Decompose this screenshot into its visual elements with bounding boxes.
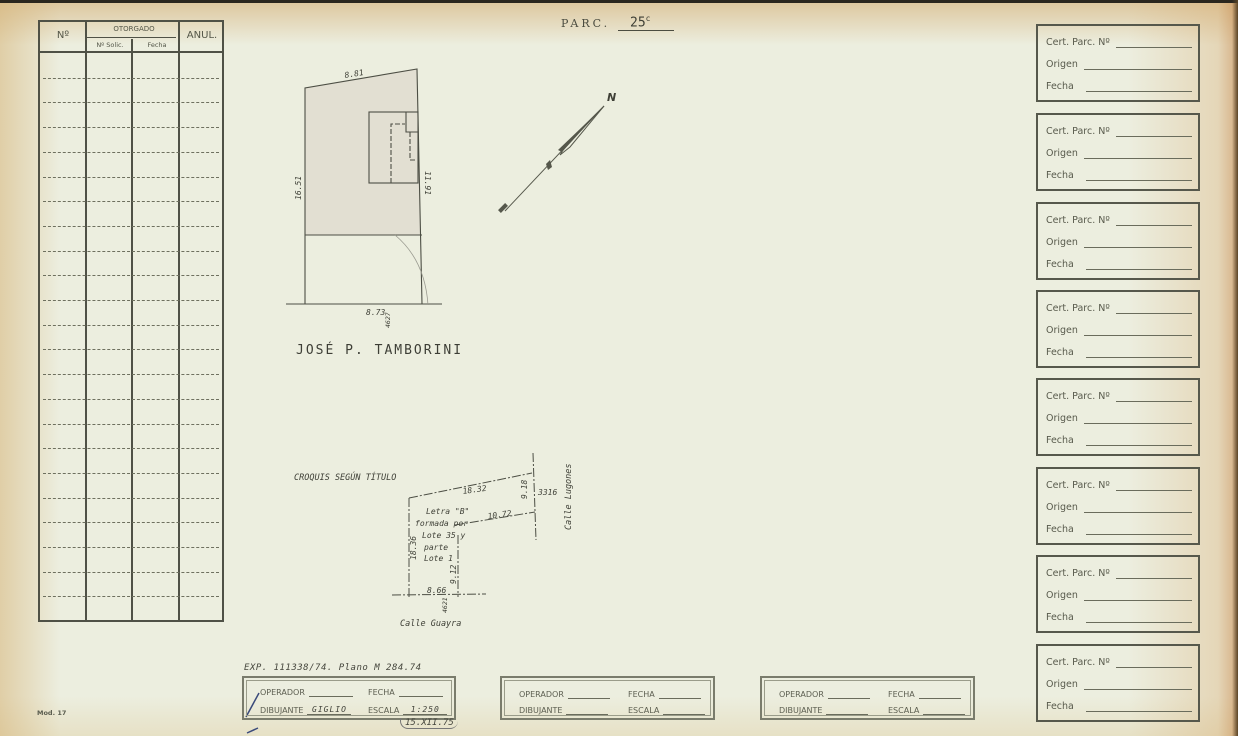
fecha-field[interactable] — [1086, 437, 1192, 446]
cert-number-field[interactable] — [1116, 659, 1192, 668]
lot-text-line: Lote 1 — [424, 554, 453, 563]
cert-label: Cert. Parc. Nº — [1046, 391, 1110, 402]
fecha-field[interactable] — [1086, 526, 1192, 535]
certificate-box: Cert. Parc. NºOrigenFecha — [1036, 378, 1200, 456]
dim-bottom-ref: 4627 — [384, 312, 392, 328]
origen-label: Origen — [1046, 413, 1078, 424]
dibujante-field[interactable]: GIGLIO — [307, 705, 351, 715]
cert-label: Cert. Parc. Nº — [1046, 657, 1110, 668]
operador-label: OPERADOR — [260, 688, 305, 697]
croquis-title: CROQUIS SEGÚN TÍTULO — [294, 471, 396, 483]
cert-number-field[interactable] — [1116, 217, 1192, 226]
origen-field[interactable] — [1084, 327, 1192, 336]
origen-field[interactable] — [1084, 504, 1192, 513]
cert-number-field[interactable] — [1116, 570, 1192, 579]
croquis-dim-left: 18.36 — [409, 536, 418, 560]
origen-field[interactable] — [1084, 415, 1192, 424]
operador-field[interactable] — [828, 691, 870, 699]
escala-label: ESCALA — [368, 706, 399, 715]
signature-box-2: OPERADOR FECHA DIBUJANTE ESCALA — [500, 676, 715, 720]
fecha-label: Fecha — [1046, 347, 1074, 358]
cert-label: Cert. Parc. Nº — [1046, 480, 1110, 491]
escala-label: ESCALA — [628, 706, 659, 715]
cert-number-field[interactable] — [1116, 128, 1192, 137]
origen-label: Origen — [1046, 148, 1078, 159]
owner-name: JOSÉ P. TAMBORINI — [296, 343, 463, 358]
cert-number-field[interactable] — [1116, 305, 1192, 314]
fecha-label: Fecha — [1046, 524, 1074, 535]
croquis-dim-right-ref: 3316 — [537, 488, 557, 497]
croquis-dim-bottom-ref: 4621 — [441, 597, 449, 613]
date-stamp: 15.XII.75 — [400, 718, 458, 729]
fecha-field[interactable] — [659, 691, 701, 699]
fecha-label: Fecha — [1046, 701, 1074, 712]
cert-label: Cert. Parc. Nº — [1046, 126, 1110, 137]
cert-label: Cert. Parc. Nº — [1046, 568, 1110, 579]
croquis-dim-right: 9.18 — [520, 480, 529, 499]
cert-label: Cert. Parc. Nº — [1046, 303, 1110, 314]
lot-text-line: Lote 35 y — [422, 531, 466, 540]
escala-field[interactable]: 1:250 — [403, 705, 447, 715]
lot-plan — [286, 69, 442, 305]
dibujante-label: DIBUJANTE — [260, 706, 303, 715]
escala-field[interactable] — [923, 707, 965, 715]
fecha-label: Fecha — [1046, 259, 1074, 270]
operador-field[interactable] — [309, 689, 353, 697]
cert-number-field[interactable] — [1116, 393, 1192, 402]
origen-label: Origen — [1046, 590, 1078, 601]
signature-box-1: OPERADOR FECHA DIBUJANTEGIGLIO ESCALA1:2… — [242, 676, 456, 720]
dim-right-inner: 11.91 — [423, 171, 432, 195]
certificate-box: Cert. Parc. NºOrigenFecha — [1036, 555, 1200, 633]
dim-bottom: 8.73 — [366, 308, 385, 317]
fecha-field[interactable] — [1086, 261, 1192, 270]
signature-box-3: OPERADOR FECHA DIBUJANTE ESCALA — [760, 676, 975, 720]
dibujante-field[interactable] — [826, 707, 868, 715]
origen-field[interactable] — [1084, 150, 1192, 159]
origen-label: Origen — [1046, 502, 1078, 513]
dibujante-label: DIBUJANTE — [519, 706, 562, 715]
lot-text-line: parte — [423, 543, 448, 552]
cert-label: Cert. Parc. Nº — [1046, 215, 1110, 226]
model-label: Mod. 17 — [37, 709, 66, 717]
certificate-box: Cert. Parc. NºOrigenFecha — [1036, 113, 1200, 191]
operador-label: OPERADOR — [779, 690, 824, 699]
origen-label: Origen — [1046, 679, 1078, 690]
fecha-label: Fecha — [1046, 612, 1074, 623]
lot-text-line: Letra "B" — [426, 507, 469, 516]
croquis-dim-bottom: 8.66 — [427, 586, 446, 595]
fecha-field[interactable] — [1086, 83, 1192, 92]
fecha-label: FECHA — [368, 688, 395, 697]
dibujante-label: DIBUJANTE — [779, 706, 822, 715]
north-arrow-icon: N — [498, 91, 616, 213]
fecha-label: Fecha — [1046, 81, 1074, 92]
origen-label: Origen — [1046, 59, 1078, 70]
street-lugones: Calle Lugones — [564, 463, 574, 530]
fecha-field[interactable] — [1086, 172, 1192, 181]
operador-label: OPERADOR — [519, 690, 564, 699]
escala-field[interactable] — [663, 707, 705, 715]
fecha-label: FECHA — [628, 690, 655, 699]
north-label: N — [607, 91, 616, 104]
fecha-field[interactable] — [399, 689, 443, 697]
certificate-box: Cert. Parc. NºOrigenFecha — [1036, 24, 1200, 102]
dibujante-field[interactable] — [566, 707, 608, 715]
cert-number-field[interactable] — [1116, 39, 1192, 48]
certificate-box: Cert. Parc. NºOrigenFecha — [1036, 290, 1200, 368]
fecha-field[interactable] — [1086, 349, 1192, 358]
origen-label: Origen — [1046, 237, 1078, 248]
fecha-label: Fecha — [1046, 435, 1074, 446]
origen-field[interactable] — [1084, 681, 1192, 690]
operador-field[interactable] — [568, 691, 610, 699]
origen-field[interactable] — [1084, 592, 1192, 601]
lot-text-line: formada por — [415, 519, 468, 528]
cert-number-field[interactable] — [1116, 482, 1192, 491]
fecha-label: FECHA — [888, 690, 915, 699]
certificate-box: Cert. Parc. NºOrigenFecha — [1036, 202, 1200, 280]
certificate-box: Cert. Parc. NºOrigenFecha — [1036, 467, 1200, 545]
croquis-dim-inner-vertical: 9.12 — [449, 565, 458, 584]
origen-label: Origen — [1046, 325, 1078, 336]
certificate-box: Cert. Parc. NºOrigenFecha — [1036, 644, 1200, 722]
origen-field[interactable] — [1084, 61, 1192, 70]
fecha-field[interactable] — [1086, 703, 1192, 712]
escala-label: ESCALA — [888, 706, 919, 715]
expediente-note: EXP. 111338/74. Plano M 284.74 — [244, 663, 422, 673]
dim-left: 16.51 — [294, 176, 303, 200]
fecha-field[interactable] — [1086, 614, 1192, 623]
street-guayra: Calle Guayra — [400, 619, 461, 629]
croquis-dim-top: 18.32 — [462, 484, 487, 496]
origen-field[interactable] — [1084, 239, 1192, 248]
croquis-dim-inner: 10.72 — [487, 509, 512, 521]
fecha-field[interactable] — [919, 691, 961, 699]
fecha-label: Fecha — [1046, 170, 1074, 181]
cert-label: Cert. Parc. Nº — [1046, 37, 1110, 48]
